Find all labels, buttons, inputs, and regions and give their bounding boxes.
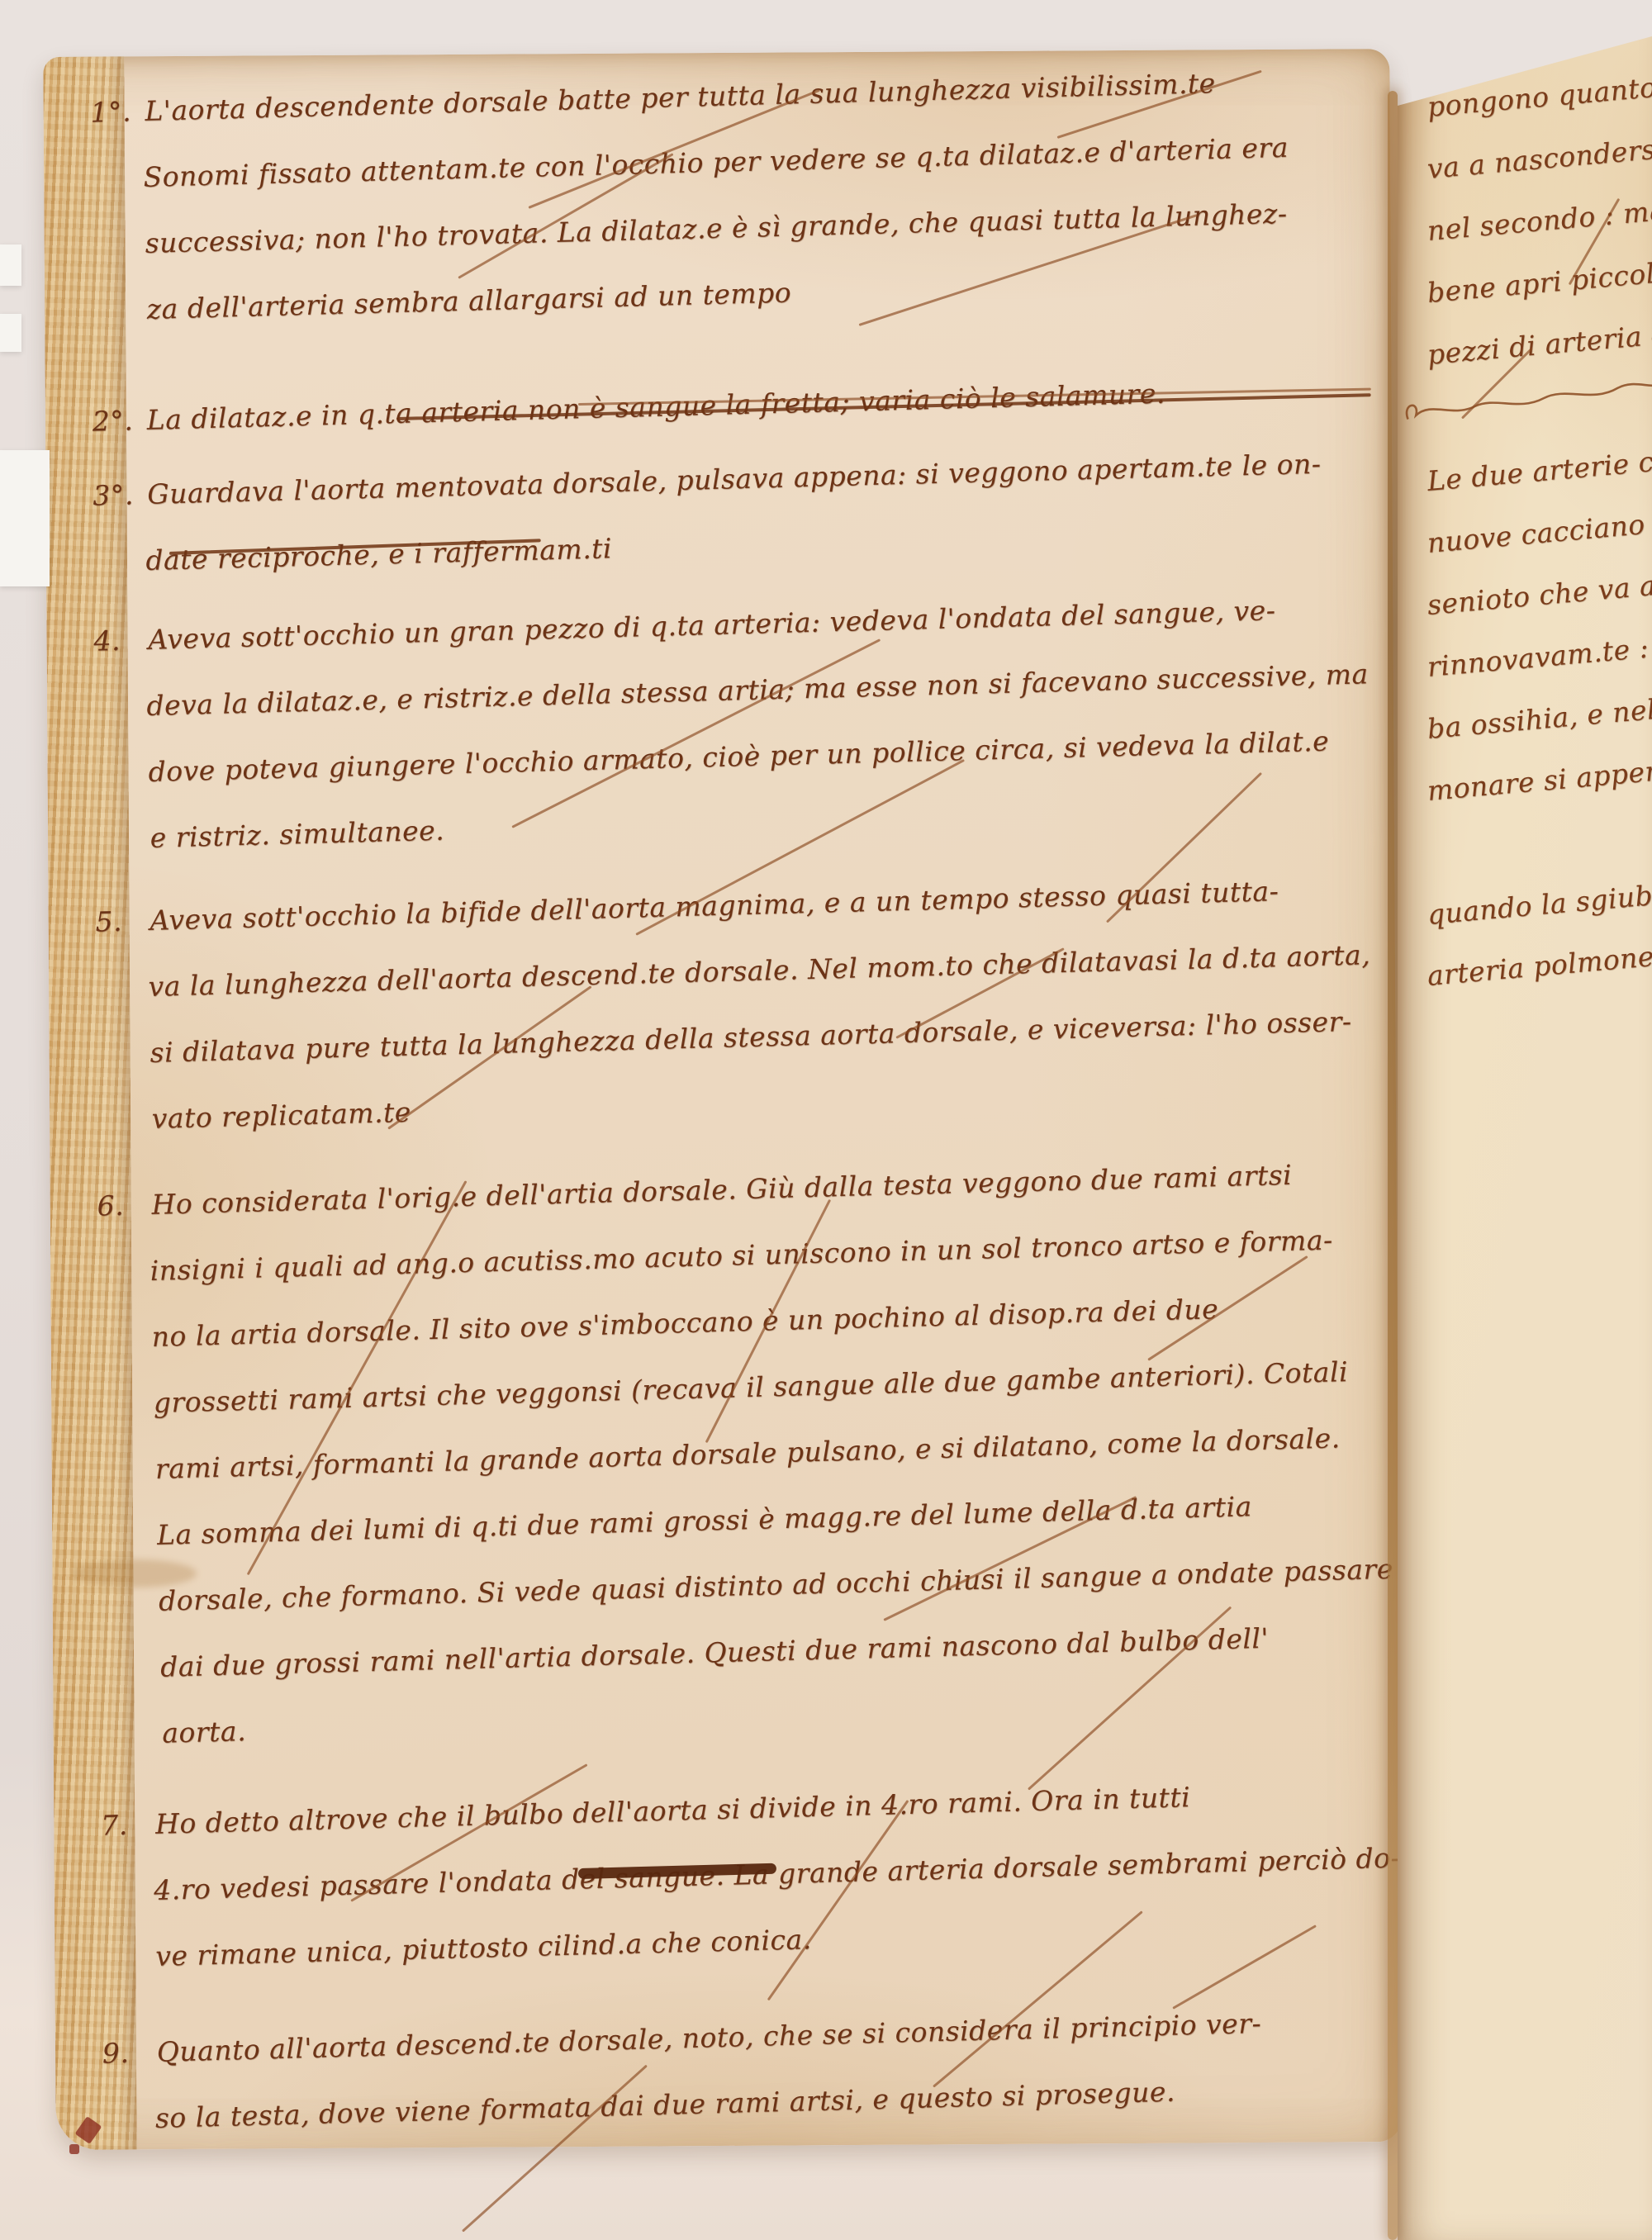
item-number: 7. bbox=[100, 1792, 156, 1859]
manuscript-line: L'aorta descendente dorsale batte per tu… bbox=[145, 67, 1216, 127]
note-item-9: 9.Quanto all'aorta descend.te dorsale, n… bbox=[102, 1987, 1377, 2152]
manuscript-line: rinnovavam.te : solo bbox=[1425, 618, 1652, 692]
manuscript-line: pongono quanto al lu bbox=[1425, 56, 1652, 132]
manuscript-line: quando la sgiuba bbox=[1425, 869, 1652, 939]
manuscript-line: nel secondo : ma fitt bbox=[1425, 181, 1652, 255]
manuscript-line: arteria polmone. bbox=[1425, 931, 1652, 1001]
page-gutter bbox=[1388, 91, 1398, 2240]
archival-tab bbox=[0, 314, 21, 352]
item-number: 2°. bbox=[92, 387, 148, 455]
manuscript-line: La dilataz.e in q.ta arteria non è sangu… bbox=[146, 377, 1165, 436]
manuscript-photo: { "manuscript": { "left_page": { "items"… bbox=[0, 0, 1652, 2240]
manuscript-line: bene apri piccoli la bbox=[1425, 244, 1652, 318]
manuscript-line: monare si appena bbox=[1425, 744, 1652, 815]
manuscript-line: Le due arterie che va bbox=[1425, 430, 1652, 506]
manuscript-line: nuove cacciano il bbox=[1425, 497, 1652, 568]
left-page: 1°.L'aorta descendente dorsale batte per… bbox=[43, 49, 1402, 2150]
left-page-text: 1°.L'aorta descendente dorsale batte per… bbox=[43, 49, 1402, 2150]
right-page: pongono quanto al lu va a nascondersi de… bbox=[1398, 0, 1652, 2240]
manuscript-line: Aveva sott'occhio la bifide dell'aorta m… bbox=[150, 875, 1279, 937]
archival-tab bbox=[0, 450, 50, 586]
note-item-6: 6.Ho considerata l'orig.e dell'artia dor… bbox=[97, 1140, 1384, 1768]
item-number: 9. bbox=[102, 2019, 158, 2087]
note-item-3: 3°.Guardava l'aorta mentovata dorsale, p… bbox=[92, 429, 1367, 595]
manuscript-line: Ho considerata l'orig.e dell'artia dorsa… bbox=[151, 1159, 1293, 1221]
manuscript-line: Quanto all'aorta descend.te dorsale, not… bbox=[156, 2007, 1261, 2068]
archival-tab bbox=[0, 244, 21, 286]
item-number: 4. bbox=[93, 607, 149, 675]
note-item-4: 4.Aveva sott'occhio un gran pezzo di q.t… bbox=[93, 575, 1371, 872]
manuscript-line: Guardava l'aorta mentovata dorsale, puls… bbox=[147, 448, 1322, 510]
manuscript-line: ba ossihia, e nell' bbox=[1425, 683, 1652, 754]
note-item-1: 1°.L'aorta descendente dorsale batte per… bbox=[89, 46, 1368, 344]
item-number: 1°. bbox=[89, 78, 145, 146]
manuscript-line: pezzi di arteria dor bbox=[1425, 306, 1652, 380]
wavy-divider bbox=[1401, 377, 1652, 431]
note-item-5: 5.Aveva sott'occhio la bifide dell'aorta… bbox=[94, 856, 1373, 1153]
manuscript-line: Aveva sott'occhio un gran pezzo di q.ta … bbox=[148, 594, 1276, 656]
item-number: 5. bbox=[94, 888, 150, 956]
item-number: 6. bbox=[97, 1172, 153, 1240]
manuscript-line: Ho detto altrove che il bulbo dell'aorta… bbox=[155, 1781, 1191, 1840]
manuscript-line: senioto che va alla g bbox=[1425, 555, 1652, 630]
item-number: 3°. bbox=[92, 462, 148, 529]
note-item-7: 7.Ho detto altrove che il bulbo dell'aor… bbox=[100, 1759, 1377, 1991]
